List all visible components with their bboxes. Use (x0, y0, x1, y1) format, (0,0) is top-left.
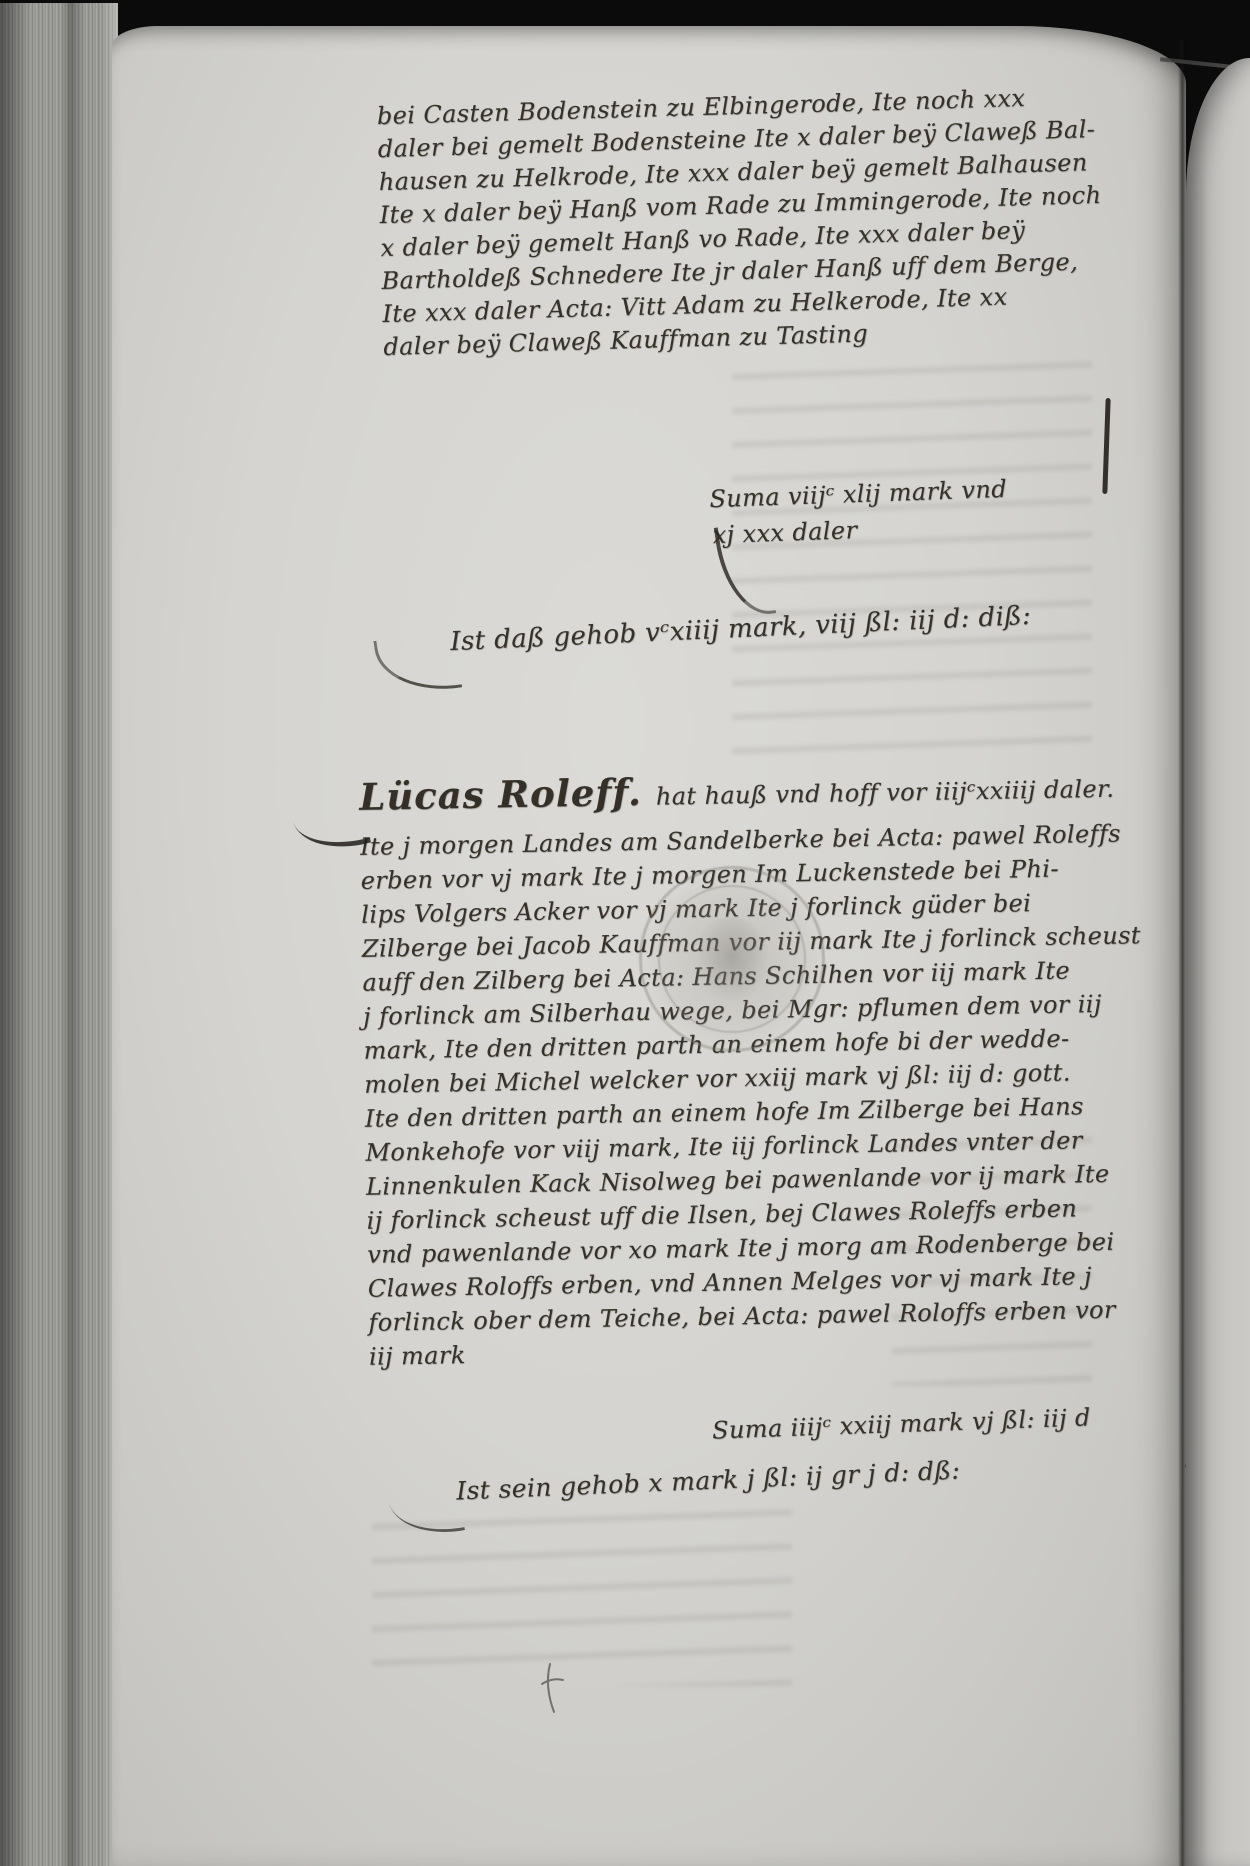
summa-line: Suma iiijᶜ xxiij mark vj ßl: iij d (712, 1401, 1092, 1447)
entry-lucas-roleff: Lücas Roleff.hat hauß vnd hoff vor iiijᶜ… (359, 761, 1148, 1374)
pen-descender-stroke (1102, 398, 1110, 494)
manuscript-page: bei Casten Bodenstein zu Elbingerode, It… (112, 26, 1186, 1866)
entry-heading-name: Lücas Roleff. (359, 770, 642, 819)
entry-heading-rest: hat hauß vnd hoff vor iiijᶜxxiiij daler. (656, 775, 1115, 811)
initial-swash-flourish (373, 629, 462, 699)
entry-casten-bodenstein: bei Casten Bodenstein zu Elbingerode, It… (376, 80, 1105, 364)
manuscript-photo: bei Casten Bodenstein zu Elbingerode, It… (0, 0, 1250, 1866)
stray-pen-mark (536, 1662, 566, 1714)
embossed-seal-stamp-icon (639, 866, 825, 1052)
gehob-text: Ist sein gehob x mark j ßl: ij gr j d: d… (456, 1455, 961, 1505)
summa-annotation-bottom: Suma iiijᶜ xxiij mark vj ßl: iij d (712, 1401, 1092, 1447)
gehob-total-line-bottom: Ist sein gehob x mark j ßl: ij gr j d: d… (456, 1455, 961, 1505)
initial-swash-flourish (290, 793, 371, 860)
entry-heading: Lücas Roleff.hat hauß vnd hoff vor iiijᶜ… (359, 761, 1139, 824)
ink-bleed-through (372, 1506, 792, 1686)
seal-coat-of-arms (694, 917, 770, 1003)
ink-bleed-through (732, 356, 1092, 756)
book-page-edges-left (0, 3, 118, 1866)
facing-page-sliver (1186, 58, 1250, 1866)
